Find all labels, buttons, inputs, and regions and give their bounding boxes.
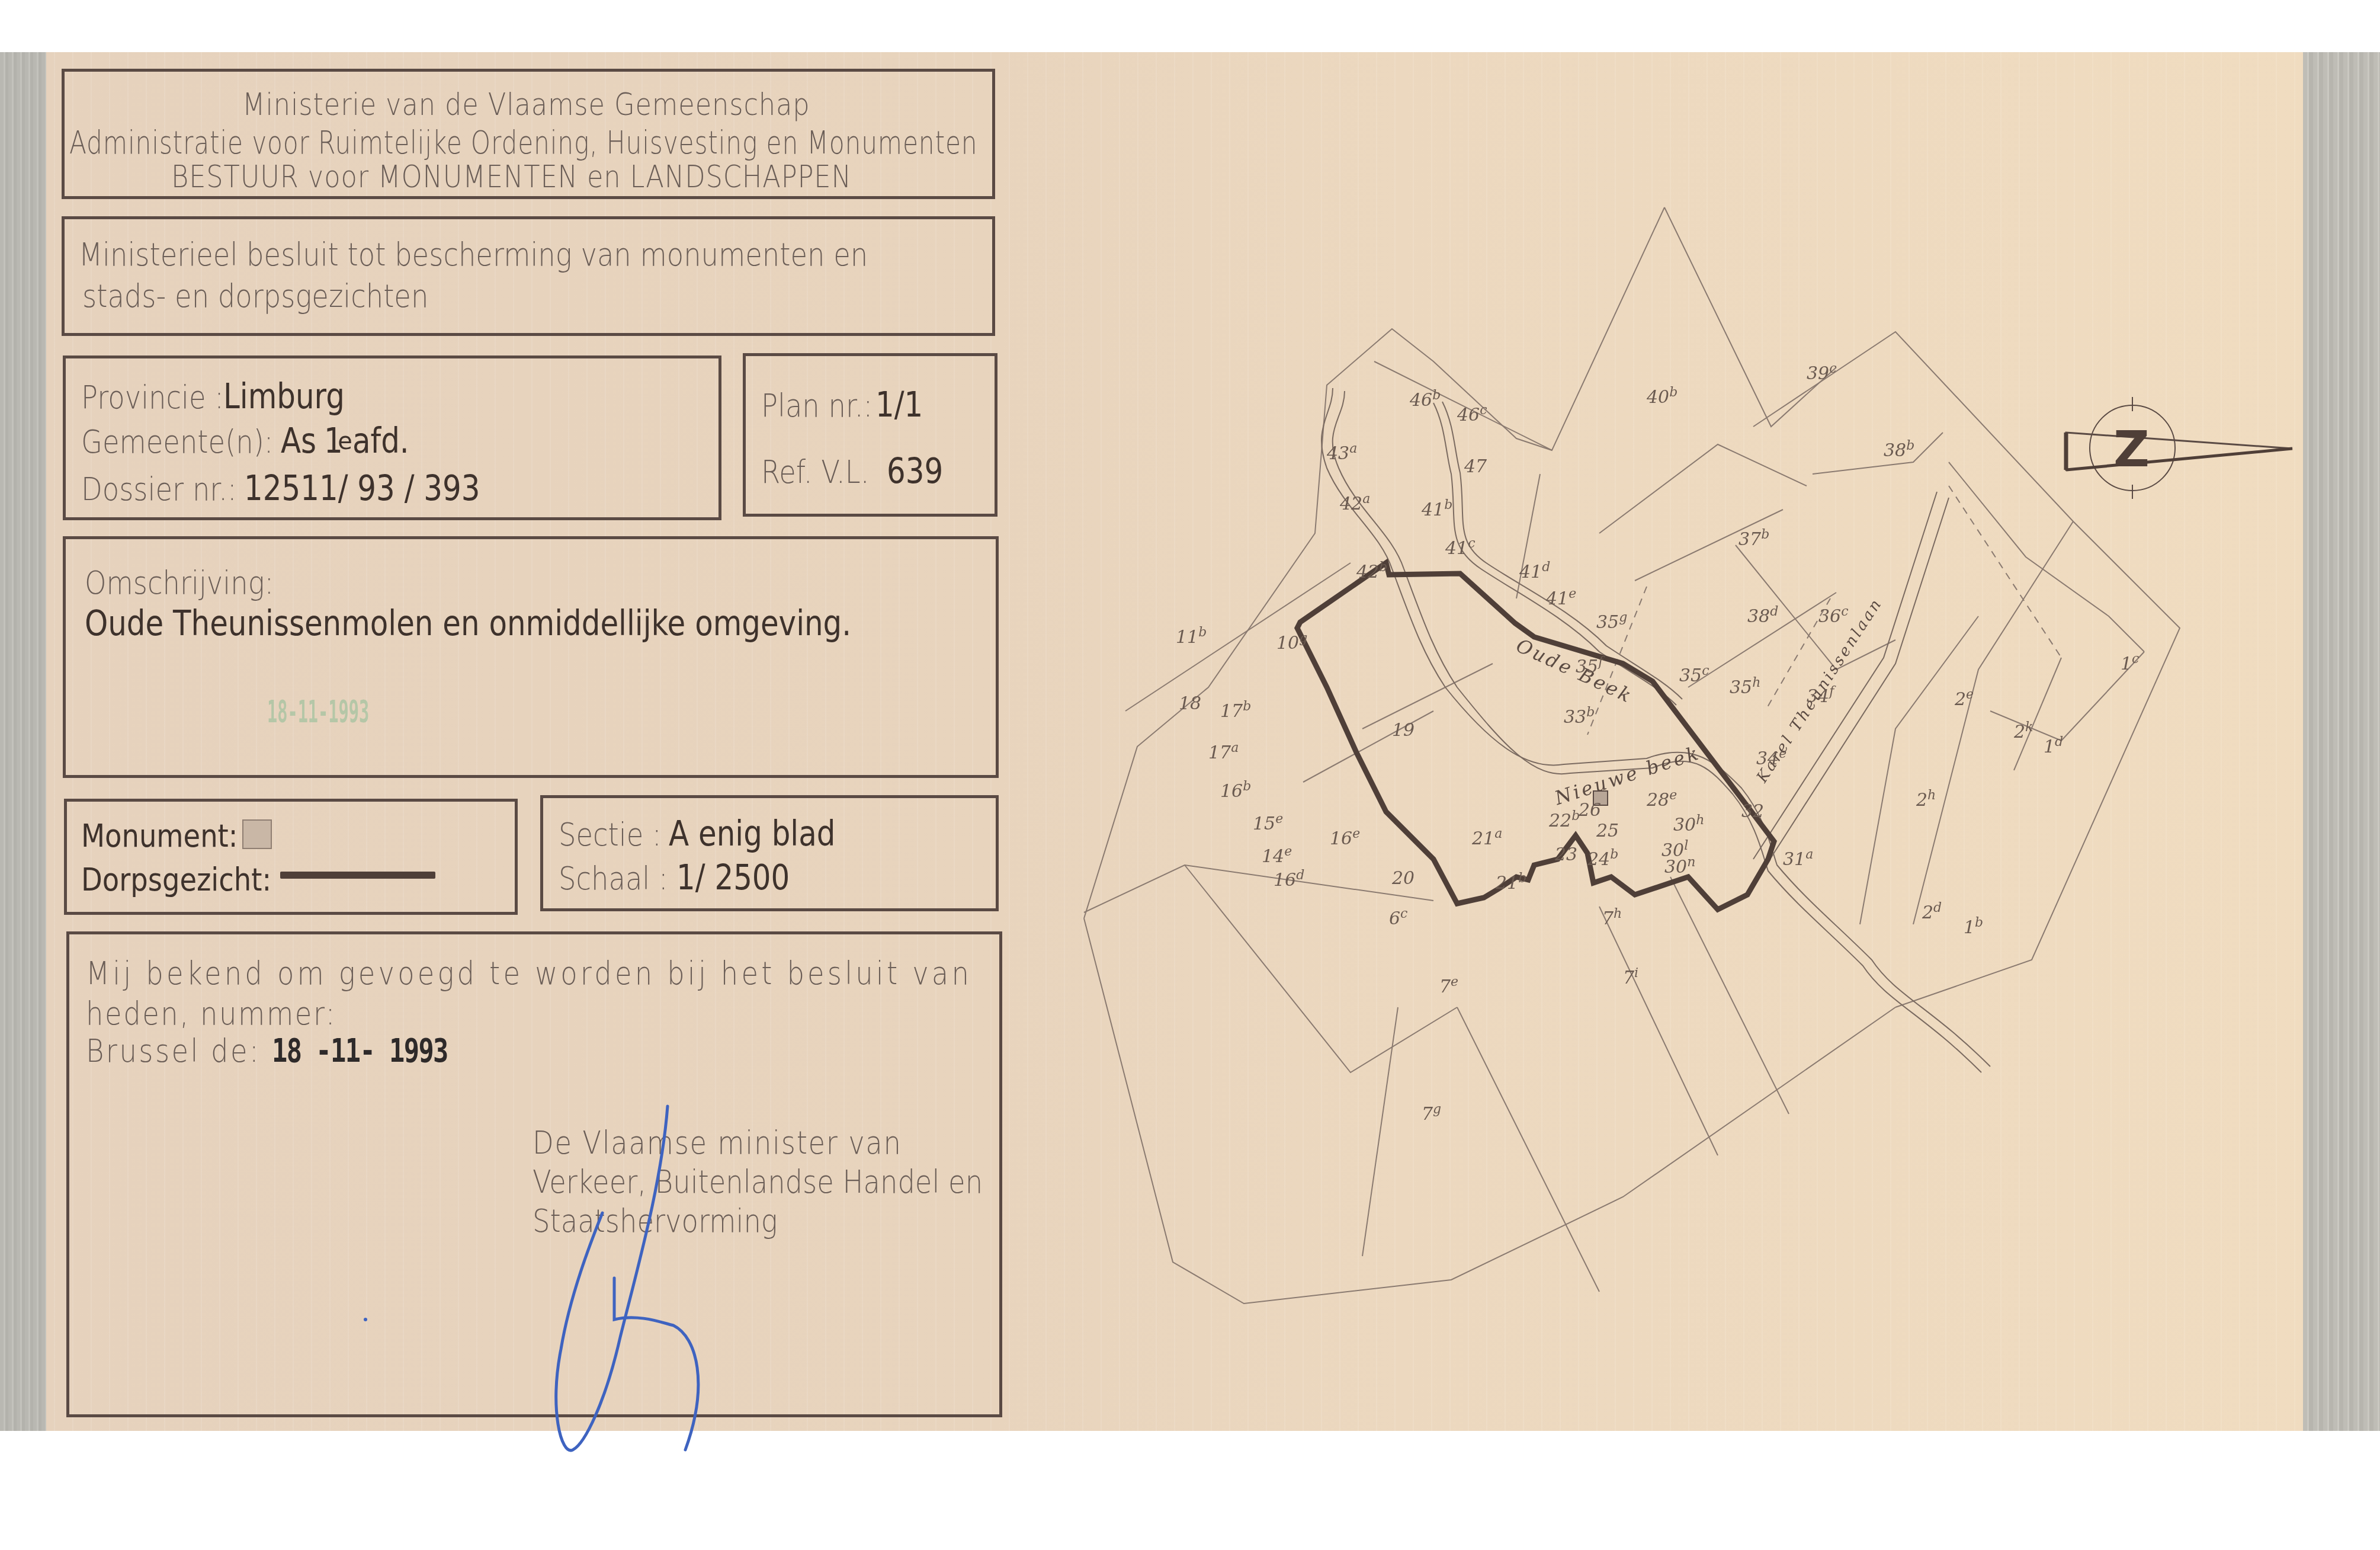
parcel-label: 17b [1220, 699, 1251, 722]
parcel-label: 40b [1647, 385, 1677, 408]
parcel-label: 2e [1955, 687, 1974, 710]
parcel-label: 30h [1673, 813, 1704, 835]
parcel-label: 35f [1576, 655, 1603, 677]
parcel-label: 35c [1679, 664, 1709, 686]
parcel-label: 38d [1747, 604, 1778, 627]
parcel-label: 25 [1596, 821, 1619, 841]
parcel-label: 18 [1179, 693, 1201, 714]
parcel-label: 34f [1807, 684, 1834, 707]
parcel-label: 7g [1422, 1102, 1441, 1125]
parcel-label: 11b [1176, 625, 1207, 648]
north-arrow-icon [2066, 397, 2292, 499]
parcel-label: 16b [1220, 779, 1251, 802]
parcel-label: 47 [1464, 456, 1487, 477]
parcel-label: 2h [1916, 788, 1936, 811]
parcel-label: 2k [2014, 720, 2033, 742]
parcel-label: 7e [1439, 975, 1458, 997]
parcel-label: 16d [1274, 868, 1304, 891]
parcel-label: 20 [1392, 868, 1414, 889]
parcel-label: 39c [1807, 361, 1837, 384]
parcel-label: 31a [1783, 847, 1813, 870]
parcel-label: 41c [1445, 536, 1476, 559]
parcel-label: 7i [1623, 966, 1638, 988]
parcel-label: 15e [1253, 812, 1283, 834]
dorpsgezicht-boundary [1297, 563, 1774, 909]
parcel-label: 42b [1356, 560, 1387, 582]
parcel-label: 2d [1922, 901, 1942, 923]
parcel-label: 30n [1664, 855, 1695, 878]
parcel-label: 26 [1579, 800, 1601, 821]
parcel-label: 43a [1327, 441, 1357, 464]
parcel-label: 14e [1262, 844, 1292, 867]
parcel-label: 16e [1330, 827, 1360, 849]
parcel-label: 38b [1884, 438, 1914, 461]
parcel-label: 6c [1389, 907, 1407, 929]
parcel-label: 41d [1519, 560, 1550, 582]
parcel-label: 46b [1410, 388, 1441, 411]
parcel-label: 28e [1647, 788, 1677, 811]
parcel-label: 32 [1741, 801, 1764, 822]
parcel-label: 1b [1964, 915, 1983, 938]
parcel-label: 7h [1602, 907, 1622, 929]
parcel-label: 42a [1340, 492, 1370, 514]
parcel-label: 24b [1587, 847, 1618, 870]
parcel-label: 36c [1818, 604, 1849, 627]
parcel-label: 10g [1276, 631, 1307, 654]
parcel-label: 37b [1739, 527, 1769, 550]
parcel-label: 35g [1596, 610, 1627, 633]
north-arrow-letter: Z [2113, 424, 2150, 474]
parcel-label: 21b [1496, 871, 1526, 894]
parcel-label: 21a [1472, 827, 1502, 849]
parcel-label: 19 [1392, 720, 1414, 741]
parcel-label: 23 [1555, 844, 1577, 865]
cadastral-map [0, 0, 2380, 1550]
parcel-label: 41e [1546, 587, 1576, 609]
parcel-label: 17a [1208, 741, 1239, 763]
parcel-label: 33b [1564, 705, 1595, 728]
parcel-label: 1d [2044, 735, 2063, 757]
parcel-label: 1c [2121, 652, 2139, 674]
parcel-label: 35h [1730, 675, 1760, 698]
parcel-label: 22b [1549, 809, 1580, 831]
parcel-label: 41b [1422, 498, 1452, 520]
parcel-label: 34e [1756, 747, 1786, 769]
parcel-label: 46c [1457, 403, 1487, 425]
